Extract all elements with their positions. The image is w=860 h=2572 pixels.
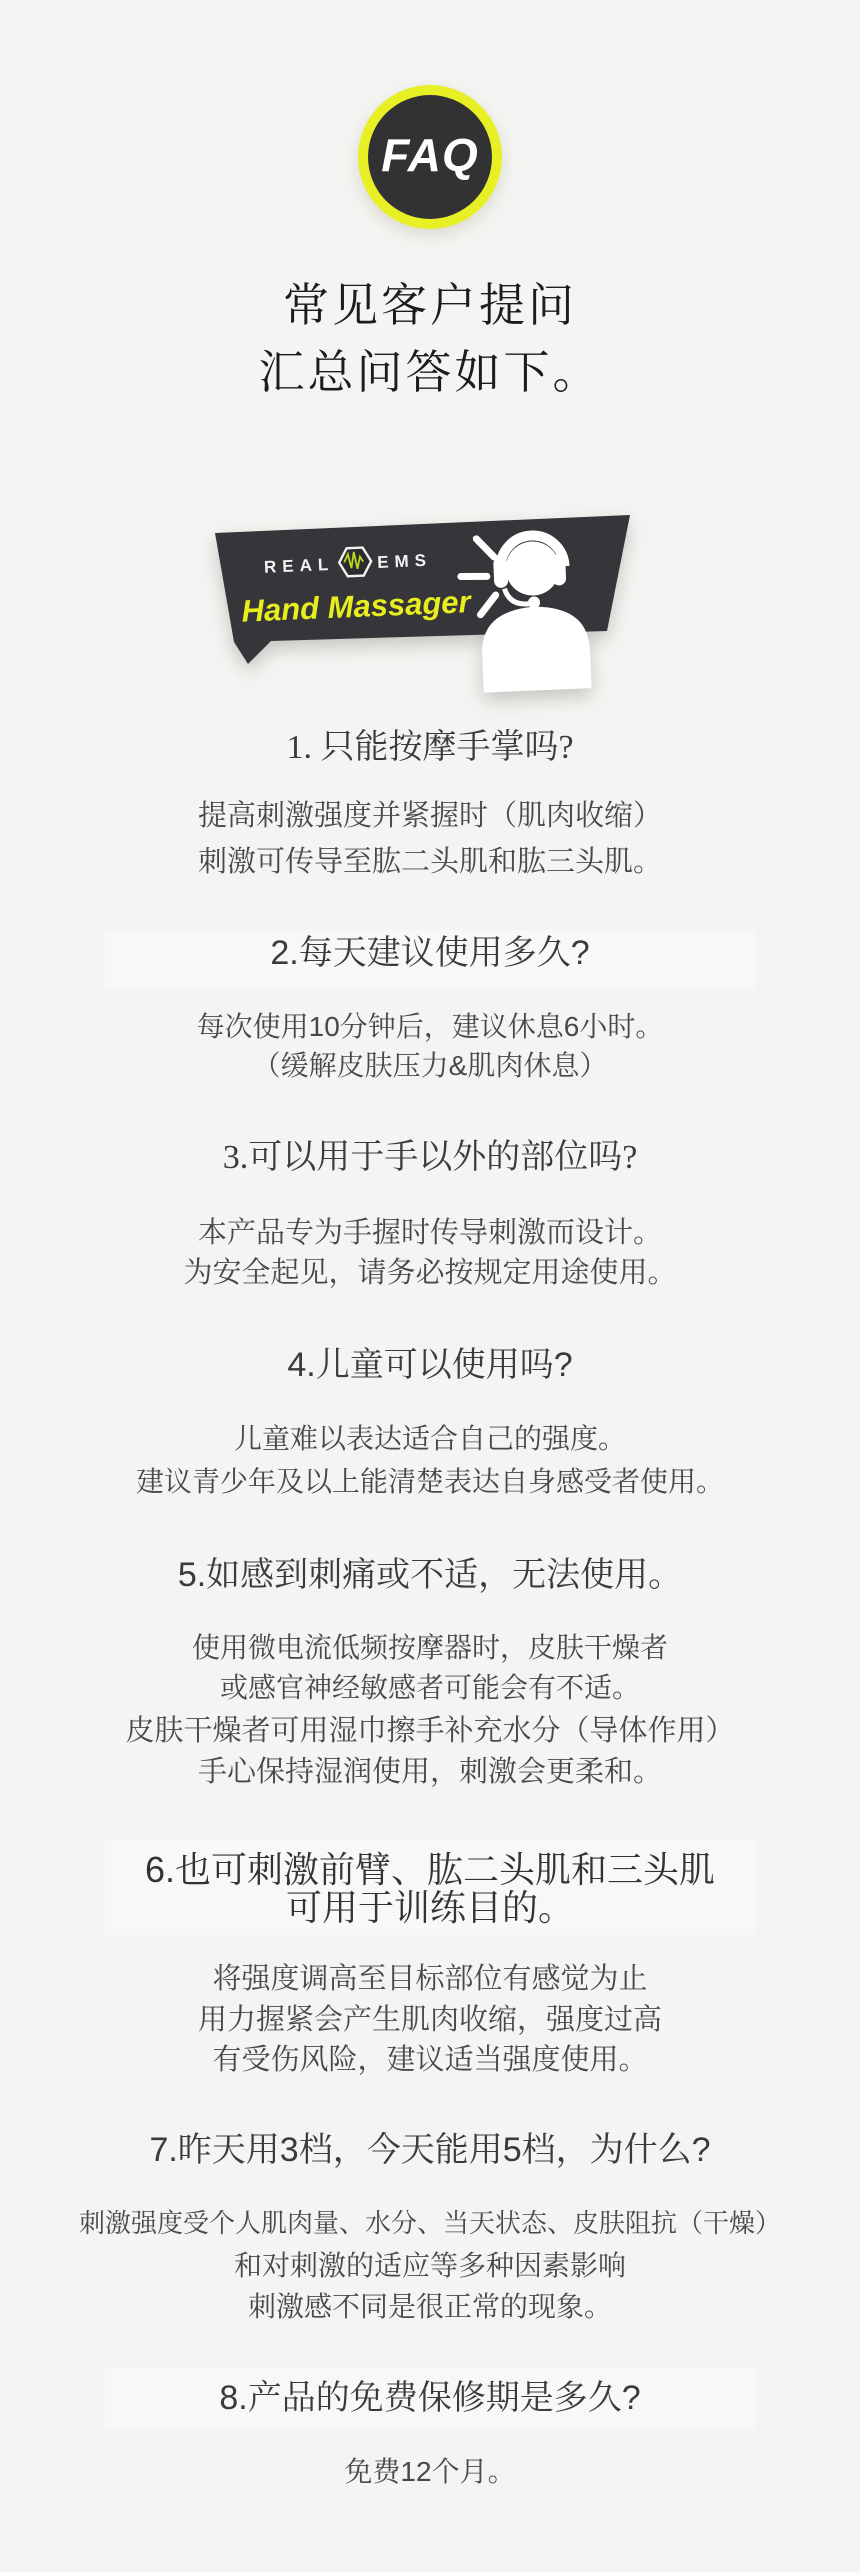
faq-question-7: 7.昨天用3档，今天能用5档，为什么? (0, 2129, 860, 2171)
faq-question-1: 1. 只能按摩手掌吗? (0, 727, 860, 769)
faq-question-8: 8.产品的免费保修期是多久? (0, 2377, 860, 2419)
faq-answer-7-3: 刺激感不同是很正常的现象。 (0, 2289, 860, 2325)
faq-answer-7-2: 和对刺激的适应等多种因素影响 (0, 2248, 860, 2284)
faq-page: FAQ 常见客户提问 汇总问答如下。 REAL EMS Hand Massage… (0, 0, 860, 2572)
faq-badge-circle: FAQ (368, 95, 492, 219)
faq-answer-5-2: 或感官神经敏感者可能会有不适。 (0, 1670, 860, 1706)
faq-answer-6-3: 有受伤风险，建议适当强度使用。 (0, 2042, 860, 2078)
faq-answer-2-1: 每次使用10分钟后，建议休息6小时。 (0, 1009, 860, 1045)
faq-badge: FAQ (358, 85, 502, 229)
faq-question-2: 2.每天建议使用多久? (0, 932, 860, 974)
faq-answer-5-3: 皮肤干燥者可用湿巾擦手补充水分（导体作用） (0, 1713, 860, 1749)
brand-right-label: EMS (377, 551, 433, 572)
ear-cup-right (551, 554, 566, 586)
faq-question-3: 3.可以用于手以外的部位吗? (0, 1137, 860, 1179)
faq-answer-5-4: 手心保持湿润使用，刺激会更柔和。 (0, 1754, 860, 1790)
faq-answer-1-1: 提高刺激强度并紧握时（肌肉收缩） (0, 798, 860, 834)
intro-title-line1: 常见客户提问 (0, 281, 860, 331)
faq-answer-2-2: （缓解皮肤压力&肌肉休息） (0, 1048, 860, 1084)
faq-answer-6-1: 将强度调高至目标部位有感觉为止 (0, 1961, 860, 1997)
faq-answer-8-1: 免费12个月。 (0, 2454, 860, 2490)
faq-question-6-line2: 可用于训练目的。 (0, 1885, 860, 1931)
faq-answer-3-1: 本产品专为手握时传导刺激而设计。 (0, 1215, 860, 1251)
faq-answer-7-1: 刺激强度受个人肌肉量、水分、当天状态、皮肤阻抗（干燥） (0, 2205, 860, 2241)
faq-question-5: 5.如感到刺痛或不适，无法使用。 (0, 1554, 860, 1596)
faq-answer-6-2: 用力握紧会产生肌肉收缩，强度过高 (0, 2002, 860, 2038)
brand-banner: REAL EMS Hand Massager (195, 500, 665, 695)
faq-badge-label: FAQ (381, 128, 479, 182)
intro-title-line2: 汇总问答如下。 (0, 348, 860, 398)
faq-answer-4-1: 儿童难以表达适合自己的强度。 (0, 1421, 860, 1457)
ear-cup-left (493, 557, 508, 589)
faq-answer-1-2: 刺激可传导至肱二头肌和肱三头肌。 (0, 844, 860, 880)
brand-left-label: REAL (264, 555, 335, 577)
faq-answer-5-1: 使用微电流低频按摩器时，皮肤干燥者 (0, 1630, 860, 1666)
faq-question-4: 4.儿童可以使用吗? (0, 1344, 860, 1386)
faq-answer-3-2: 为安全起见，请务必按规定用途使用。 (0, 1255, 860, 1291)
faq-answer-4-2: 建议青少年及以上能清楚表达自身感受者使用。 (0, 1464, 860, 1500)
